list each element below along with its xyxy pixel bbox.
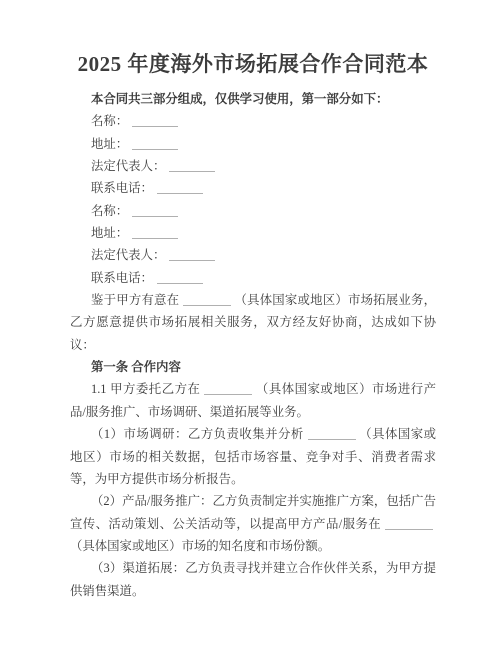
- clause-text: （2）产品/服务推广：乙方负责制定并实施推广方案，包括广告宣传、活动策划、公关活…: [70, 494, 436, 530]
- clause-text: 第一条 合作内容: [91, 360, 181, 374]
- field-label: 名称：: [91, 114, 128, 128]
- party-field-row: 名称：: [70, 110, 436, 132]
- party-field-row: 地址：: [70, 133, 436, 155]
- blank-line: [169, 160, 215, 172]
- blank-line: [169, 249, 215, 261]
- blank-line: [204, 383, 252, 395]
- field-label: 联系电话：: [91, 271, 153, 285]
- document-title: 2025 年度海外市场拓展合作合同范本: [70, 48, 436, 80]
- contract-page: 2025 年度海外市场拓展合作合同范本 本合同共三部分组成，仅供学习使用，第一部…: [0, 0, 500, 647]
- clause-paragraph: 1.1 甲方委托乙方在（具体国家或地区）市场进行产品/服务推广、市场调研、渠道拓…: [70, 378, 436, 423]
- party-field-row: 联系电话：: [70, 267, 436, 289]
- section-heading: 第一条 合作内容: [70, 356, 436, 378]
- party-field-row: 法定代表人：: [70, 155, 436, 177]
- clause-text: （具体国家或地区）市场的知名度和市场份额。: [70, 539, 330, 553]
- clause-paragraph: 鉴于甲方有意在（具体国家或地区）市场拓展业务，乙方愿意提供市场拓展相关服务，双方…: [70, 289, 436, 356]
- blank-line: [183, 294, 231, 306]
- blank-line: [132, 227, 178, 239]
- blank-line: [157, 182, 203, 194]
- field-label: 地址：: [91, 226, 128, 240]
- party-fields-block: 名称：地址：法定代表人：联系电话：名称：地址：法定代表人：联系电话：: [70, 110, 436, 289]
- clauses-block: 鉴于甲方有意在（具体国家或地区）市场拓展业务，乙方愿意提供市场拓展相关服务，双方…: [70, 289, 436, 602]
- party-field-row: 法定代表人：: [70, 244, 436, 266]
- clause-text: （3）渠道拓展：乙方负责寻找并建立合作伙伴关系，为甲方提供销售渠道。: [70, 561, 436, 597]
- clause-text: 1.1 甲方委托乙方在: [91, 382, 200, 396]
- blank-line: [308, 428, 356, 440]
- party-field-row: 名称：: [70, 200, 436, 222]
- blank-line: [132, 205, 178, 217]
- clause-paragraph: （2）产品/服务推广：乙方负责制定并实施推广方案，包括广告宣传、活动策划、公关活…: [70, 490, 436, 557]
- field-label: 法定代表人：: [91, 248, 165, 262]
- field-label: 法定代表人：: [91, 159, 165, 173]
- clause-paragraph: （3）渠道拓展：乙方负责寻找并建立合作伙伴关系，为甲方提供销售渠道。: [70, 557, 436, 602]
- clause-text: 鉴于甲方有意在: [91, 293, 179, 307]
- field-label: 联系电话：: [91, 181, 153, 195]
- clause-text: （1）市场调研：乙方负责收集并分析: [91, 427, 304, 441]
- blank-line: [157, 272, 203, 284]
- party-field-row: 地址：: [70, 222, 436, 244]
- field-label: 名称：: [91, 204, 128, 218]
- blank-line: [132, 115, 178, 127]
- blank-line: [132, 138, 178, 150]
- document-body: 本合同共三部分组成，仅供学习使用，第一部分如下： 名称：地址：法定代表人：联系电…: [70, 88, 436, 602]
- clause-paragraph: （1）市场调研：乙方负责收集并分析（具体国家或地区）市场的相关数据，包括市场容量…: [70, 423, 436, 490]
- field-label: 地址：: [91, 137, 128, 151]
- intro-paragraph: 本合同共三部分组成，仅供学习使用，第一部分如下：: [70, 88, 436, 110]
- party-field-row: 联系电话：: [70, 177, 436, 199]
- blank-line: [385, 518, 433, 530]
